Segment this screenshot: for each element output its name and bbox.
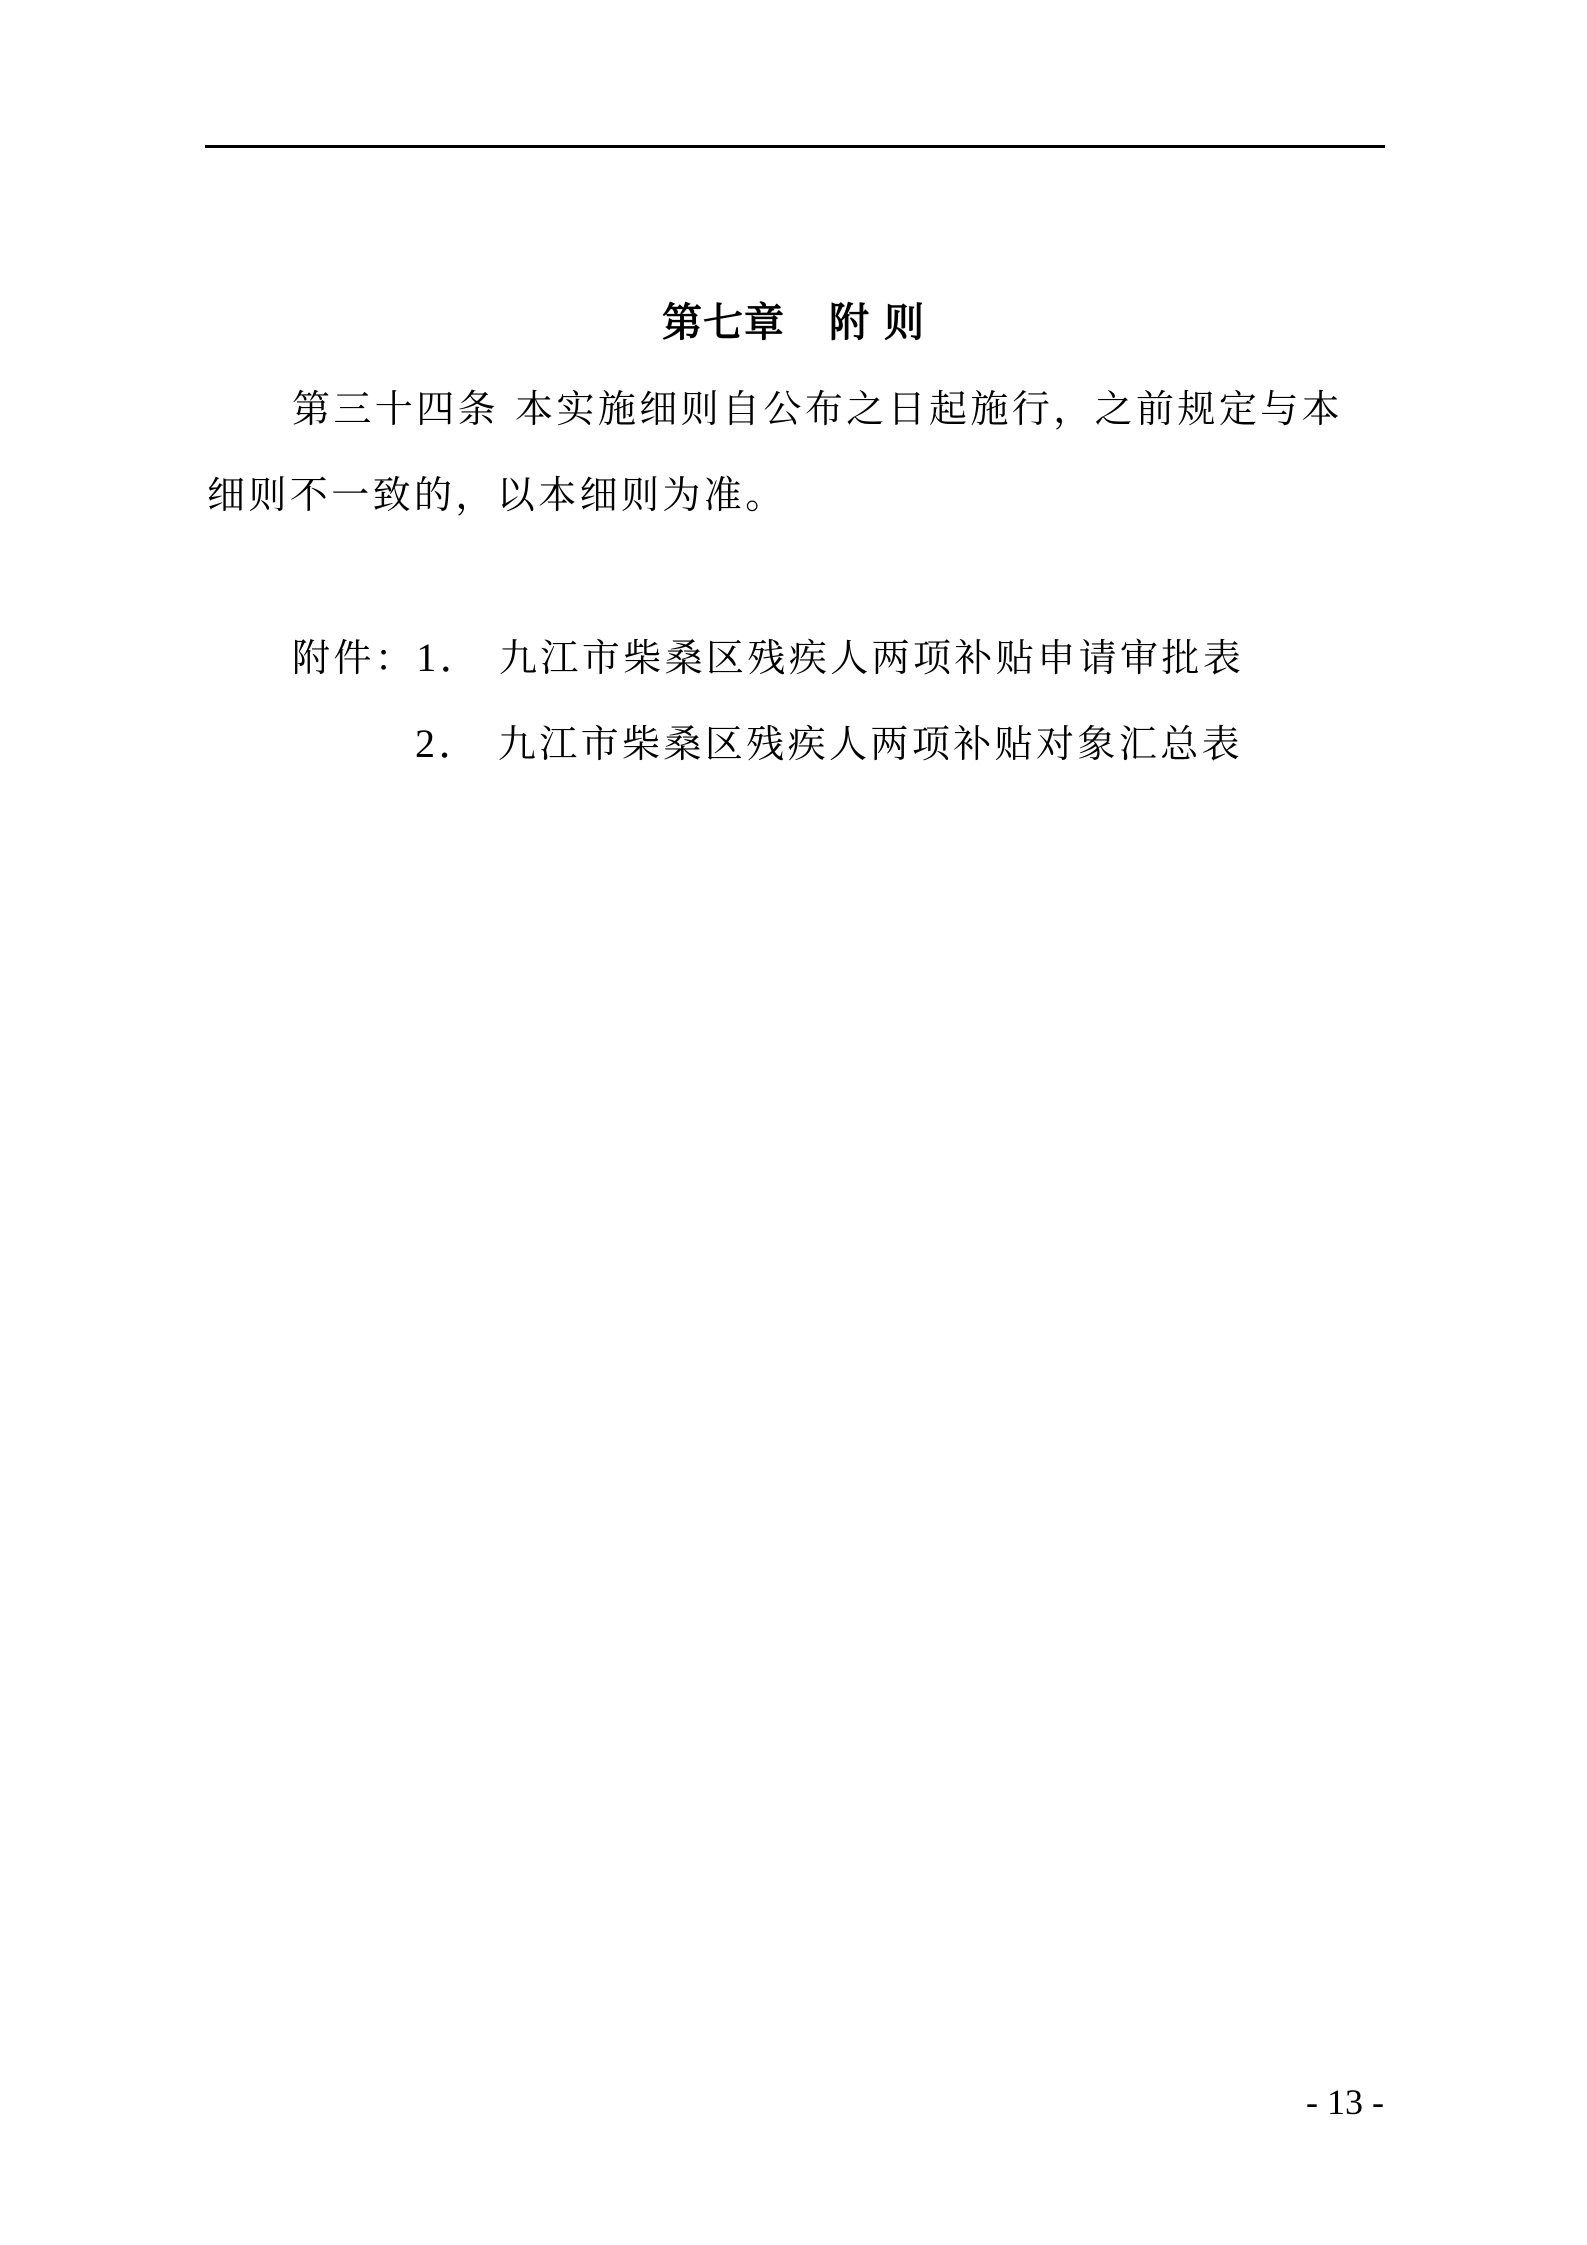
attachment-item-2: 2．九江市柴桑区残疾人两项补贴对象汇总表 <box>415 716 1243 772</box>
article-label: 第三十四条 <box>292 387 499 431</box>
header-rule <box>205 145 1385 148</box>
attachment-number: 1． <box>416 635 483 680</box>
attachments-prefix: 附件： <box>292 636 416 680</box>
chapter-title-part2: 则 <box>884 300 925 346</box>
article-34-line2: 细则不一致的，以本细则为准。 <box>207 467 787 523</box>
article-34-line1: 第三十四条本实施细则自公布之日起施行，之前规定与本 <box>292 381 1343 437</box>
article-text-line2: 细则不一致的，以本细则为准。 <box>207 473 787 517</box>
page-number: - 13 - <box>1290 2080 1400 2124</box>
article-text-line1: 本实施细则自公布之日起施行，之前规定与本 <box>515 387 1343 431</box>
attachment-title: 九江市柴桑区残疾人两项补贴申请审批表 <box>499 636 1244 680</box>
attachment-number: 2． <box>415 721 482 766</box>
attachment-title: 九江市柴桑区残疾人两项补贴对象汇总表 <box>498 722 1243 766</box>
chapter-title-part1: 附 <box>829 300 870 346</box>
attachment-item-1: 附件：1．九江市柴桑区残疾人两项补贴申请审批表 <box>292 630 1244 686</box>
chapter-number: 第七章 <box>662 300 785 346</box>
chapter-title: 第七章附则 <box>0 295 1587 351</box>
